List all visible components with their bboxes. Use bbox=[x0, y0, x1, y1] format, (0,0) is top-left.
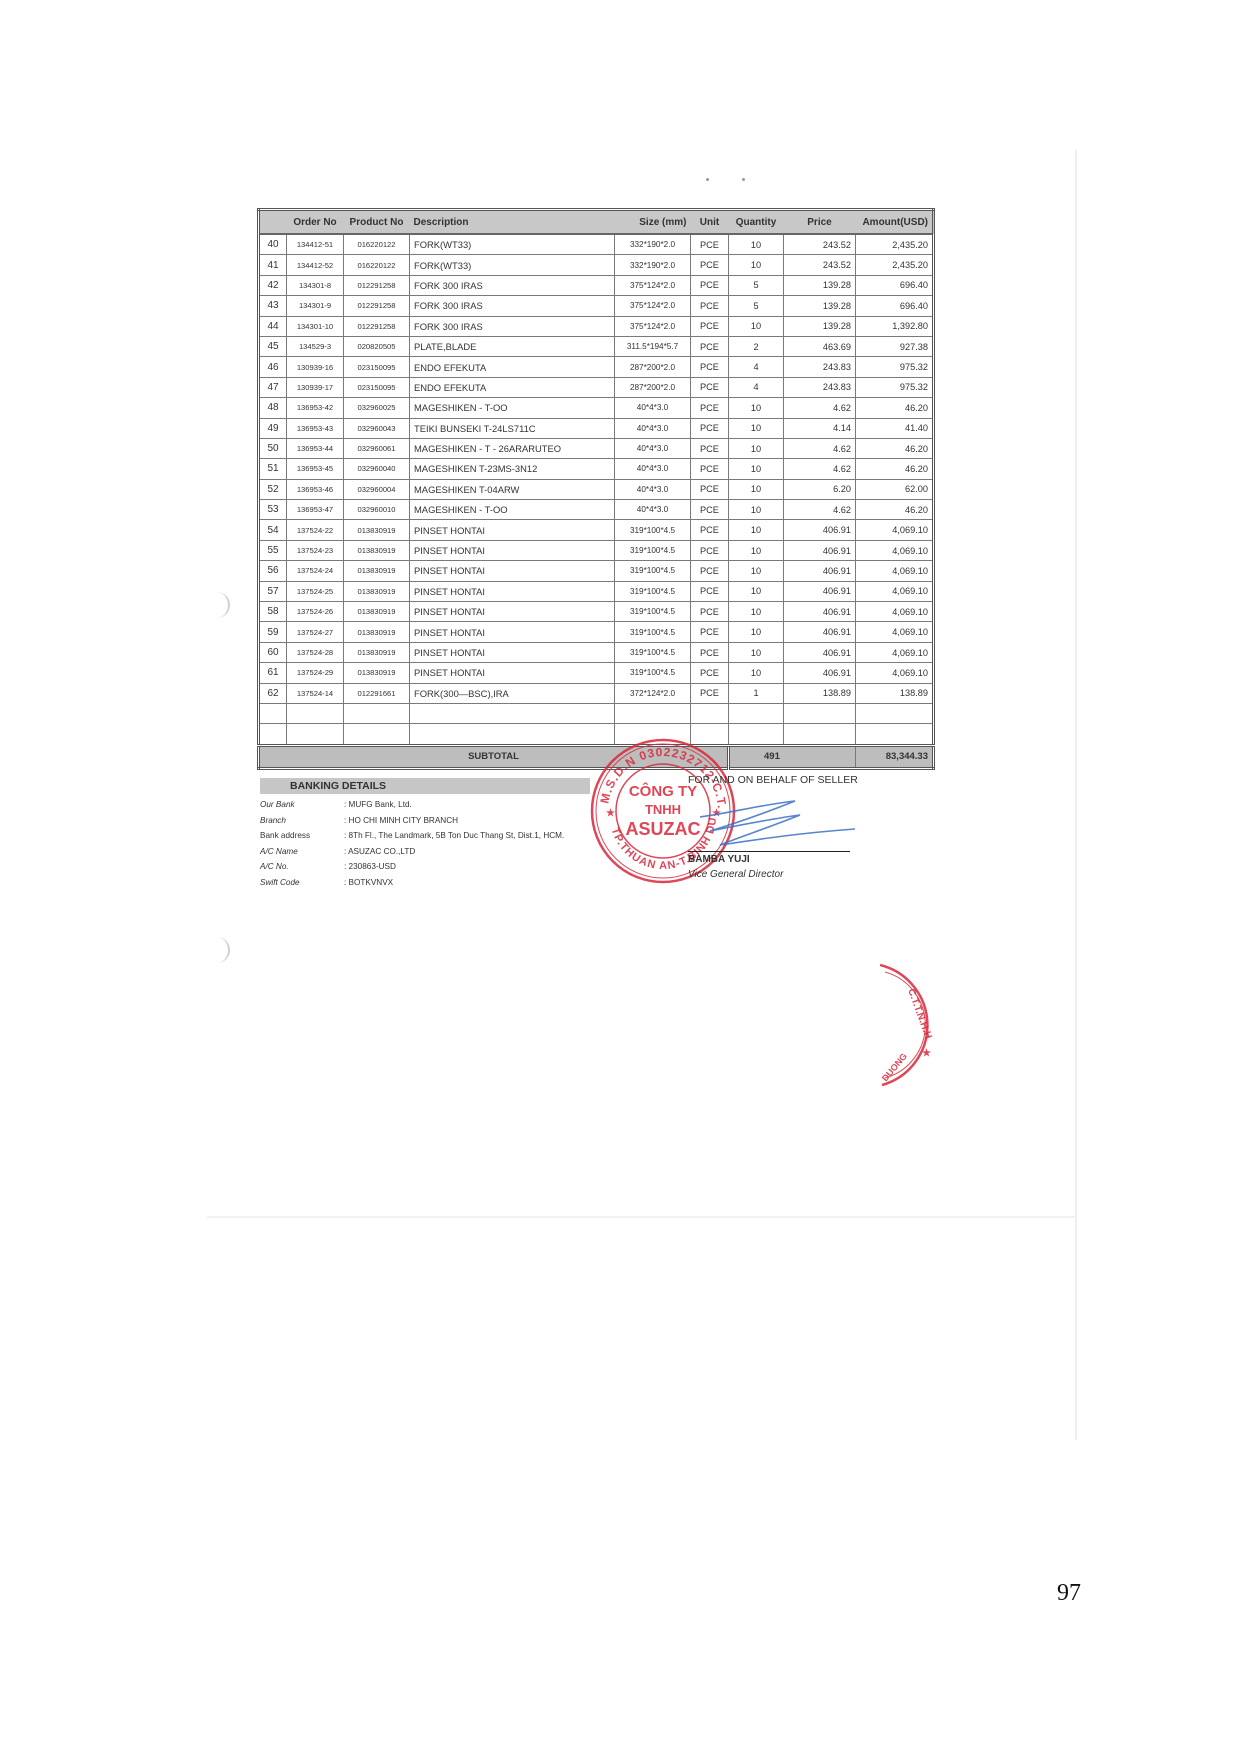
cell-size: 319*100*4.5 bbox=[615, 581, 691, 601]
cell-description: ENDO EFEKUTA bbox=[410, 357, 615, 377]
cell-quantity: 10 bbox=[729, 398, 784, 418]
empty-cell bbox=[784, 703, 856, 723]
banking-label: A/C Name bbox=[260, 844, 344, 860]
cell-description: TEIKI BUNSEKI T-24LS711C bbox=[410, 418, 615, 438]
cell-product-no: 032960061 bbox=[344, 438, 410, 458]
cell-description: MAGESHIKEN T-04ARW bbox=[410, 479, 615, 499]
cell-no: 61 bbox=[259, 663, 287, 683]
cell-no: 44 bbox=[259, 316, 287, 336]
cell-price: 406.91 bbox=[784, 520, 856, 540]
table-row: 62137524-14012291661FORK(300—BSC),IRA372… bbox=[259, 683, 934, 703]
cell-no: 49 bbox=[259, 418, 287, 438]
cell-product-no: 012291661 bbox=[344, 683, 410, 703]
cell-product-no: 032960004 bbox=[344, 479, 410, 499]
cell-no: 50 bbox=[259, 438, 287, 458]
cell-unit: PCE bbox=[691, 296, 729, 316]
subtotal-quantity: 491 bbox=[729, 745, 856, 768]
cell-quantity: 10 bbox=[729, 500, 784, 520]
banking-value: : BOTKVNVX bbox=[344, 875, 590, 891]
cell-order-no: 137524-23 bbox=[287, 540, 344, 560]
table-row: 58137524-26013830919PINSET HONTAI319*100… bbox=[259, 602, 934, 622]
cell-unit: PCE bbox=[691, 459, 729, 479]
signature-block: FOR AND ON BEHALF OF SELLER bbox=[688, 774, 888, 786]
cell-no: 53 bbox=[259, 500, 287, 520]
cell-quantity: 10 bbox=[729, 581, 784, 601]
cell-order-no: 137524-28 bbox=[287, 642, 344, 662]
scan-speck bbox=[706, 178, 709, 181]
cell-product-no: 013830919 bbox=[344, 622, 410, 642]
cell-unit: PCE bbox=[691, 316, 729, 336]
cell-price: 406.91 bbox=[784, 581, 856, 601]
cell-order-no: 136953-44 bbox=[287, 438, 344, 458]
col-header-no bbox=[259, 210, 287, 235]
col-header-description: Description bbox=[410, 210, 615, 235]
signature-heading: FOR AND ON BEHALF OF SELLER bbox=[688, 774, 888, 786]
cell-description: PINSET HONTAI bbox=[410, 520, 615, 540]
cell-description: FORK(300—BSC),IRA bbox=[410, 683, 615, 703]
banking-row: Our Bank: MUFG Bank, Ltd. bbox=[260, 797, 590, 813]
cell-product-no: 012291258 bbox=[344, 275, 410, 295]
cell-size: 40*4*3.0 bbox=[615, 438, 691, 458]
cell-unit: PCE bbox=[691, 479, 729, 499]
cell-size: 319*100*4.5 bbox=[615, 520, 691, 540]
cell-price: 406.91 bbox=[784, 602, 856, 622]
subtotal-amount: 83,344.33 bbox=[856, 745, 934, 768]
cell-no: 60 bbox=[259, 642, 287, 662]
cell-unit: PCE bbox=[691, 438, 729, 458]
empty-cell bbox=[344, 703, 410, 723]
cell-price: 406.91 bbox=[784, 642, 856, 662]
cell-description: PINSET HONTAI bbox=[410, 663, 615, 683]
cell-price: 6.20 bbox=[784, 479, 856, 499]
cell-amount: 696.40 bbox=[856, 275, 934, 295]
table-row: 42134301-8012291258FORK 300 IRAS375*124*… bbox=[259, 275, 934, 295]
cell-price: 4.14 bbox=[784, 418, 856, 438]
cell-unit: PCE bbox=[691, 357, 729, 377]
cell-quantity: 10 bbox=[729, 642, 784, 662]
cell-product-no: 032960010 bbox=[344, 500, 410, 520]
cell-product-no: 012291258 bbox=[344, 296, 410, 316]
banking-value: : 230863-USD bbox=[344, 859, 590, 875]
invoice-line-items-table: Order No Product No Description Size (mm… bbox=[257, 208, 935, 770]
cell-no: 41 bbox=[259, 255, 287, 275]
cell-price: 138.89 bbox=[784, 683, 856, 703]
cell-size: 40*4*3.0 bbox=[615, 398, 691, 418]
cell-no: 52 bbox=[259, 479, 287, 499]
cell-size: 319*100*4.5 bbox=[615, 622, 691, 642]
cell-quantity: 10 bbox=[729, 418, 784, 438]
cell-quantity: 10 bbox=[729, 622, 784, 642]
cell-description: PINSET HONTAI bbox=[410, 561, 615, 581]
table-row: 51136953-45032960040MAGESHIKEN T-23MS-3N… bbox=[259, 459, 934, 479]
stamp-line-1: CÔNG TY bbox=[629, 782, 697, 800]
table-header-row: Order No Product No Description Size (mm… bbox=[259, 210, 934, 235]
cell-order-no: 137524-25 bbox=[287, 581, 344, 601]
signatory-name: BAMBA YUJI bbox=[688, 854, 750, 865]
cell-size: 375*124*2.0 bbox=[615, 316, 691, 336]
empty-table-row bbox=[259, 703, 934, 723]
table-row: 45134529-3020820505PLATE,BLADE311.5*194*… bbox=[259, 336, 934, 356]
table-row: 49136953-43032960043TEIKI BUNSEKI T-24LS… bbox=[259, 418, 934, 438]
table-row: 52136953-46032960004MAGESHIKEN T-04ARW40… bbox=[259, 479, 934, 499]
cell-price: 243.52 bbox=[784, 234, 856, 255]
cell-amount: 41.40 bbox=[856, 418, 934, 438]
cell-description: PINSET HONTAI bbox=[410, 602, 615, 622]
cell-unit: PCE bbox=[691, 683, 729, 703]
cell-unit: PCE bbox=[691, 642, 729, 662]
cell-order-no: 136953-47 bbox=[287, 500, 344, 520]
signature-line bbox=[688, 851, 850, 852]
partial-stamp-bottom-text: DUONG bbox=[880, 1051, 909, 1083]
cell-size: 287*200*2.0 bbox=[615, 377, 691, 397]
cell-size: 319*100*4.5 bbox=[615, 540, 691, 560]
cell-unit: PCE bbox=[691, 275, 729, 295]
cell-amount: 1,392.80 bbox=[856, 316, 934, 336]
cell-unit: PCE bbox=[691, 255, 729, 275]
cell-product-no: 023150095 bbox=[344, 377, 410, 397]
cell-no: 55 bbox=[259, 540, 287, 560]
cell-amount: 4,069.10 bbox=[856, 622, 934, 642]
col-header-price: Price bbox=[784, 210, 856, 235]
banking-row: Branch: HO CHI MINH CITY BRANCH bbox=[260, 813, 590, 829]
cell-no: 54 bbox=[259, 520, 287, 540]
cell-order-no: 136953-45 bbox=[287, 459, 344, 479]
cell-product-no: 020820505 bbox=[344, 336, 410, 356]
cell-no: 40 bbox=[259, 234, 287, 255]
empty-cell bbox=[410, 724, 615, 745]
cell-quantity: 10 bbox=[729, 663, 784, 683]
banking-label: A/C No. bbox=[260, 859, 344, 875]
cell-order-no: 137524-27 bbox=[287, 622, 344, 642]
cell-quantity: 4 bbox=[729, 377, 784, 397]
table-row: 53136953-47032960010MAGESHIKEN - T-OO40*… bbox=[259, 500, 934, 520]
table-row: 40134412-51016220122FORK(WT33)332*190*2.… bbox=[259, 234, 934, 255]
banking-row: Swift Code: BOTKVNVX bbox=[260, 875, 590, 891]
cell-unit: PCE bbox=[691, 398, 729, 418]
cell-order-no: 134412-51 bbox=[287, 234, 344, 255]
cell-amount: 46.20 bbox=[856, 500, 934, 520]
cell-description: PINSET HONTAI bbox=[410, 642, 615, 662]
cell-order-no: 134412-52 bbox=[287, 255, 344, 275]
cell-order-no: 134301-9 bbox=[287, 296, 344, 316]
cell-price: 406.91 bbox=[784, 540, 856, 560]
cell-price: 406.91 bbox=[784, 663, 856, 683]
cell-amount: 138.89 bbox=[856, 683, 934, 703]
partial-seal-stamp: C.T.T.N.H.H DUONG ★ bbox=[880, 960, 960, 1090]
sheet-fold-line bbox=[207, 1216, 1077, 1218]
cell-size: 319*100*4.5 bbox=[615, 663, 691, 683]
table-row: 60137524-28013830919PINSET HONTAI319*100… bbox=[259, 642, 934, 662]
cell-order-no: 137524-22 bbox=[287, 520, 344, 540]
cell-order-no: 134529-3 bbox=[287, 336, 344, 356]
cell-unit: PCE bbox=[691, 500, 729, 520]
cell-quantity: 10 bbox=[729, 234, 784, 255]
cell-no: 48 bbox=[259, 398, 287, 418]
cell-price: 243.83 bbox=[784, 377, 856, 397]
cell-product-no: 013830919 bbox=[344, 561, 410, 581]
cell-amount: 4,069.10 bbox=[856, 520, 934, 540]
cell-size: 332*190*2.0 bbox=[615, 255, 691, 275]
empty-cell bbox=[287, 703, 344, 723]
cell-product-no: 016220122 bbox=[344, 255, 410, 275]
empty-cell bbox=[856, 724, 934, 745]
cell-amount: 696.40 bbox=[856, 296, 934, 316]
cell-amount: 46.20 bbox=[856, 398, 934, 418]
cell-order-no: 136953-42 bbox=[287, 398, 344, 418]
cell-description: MAGESHIKEN T-23MS-3N12 bbox=[410, 459, 615, 479]
table-body: 40134412-51016220122FORK(WT33)332*190*2.… bbox=[259, 234, 934, 768]
partial-stamp-ring-text: C.T.T.N.H.H bbox=[905, 987, 933, 1040]
cell-no: 45 bbox=[259, 336, 287, 356]
cell-no: 56 bbox=[259, 561, 287, 581]
cell-description: MAGESHIKEN - T-OO bbox=[410, 398, 615, 418]
cell-quantity: 5 bbox=[729, 275, 784, 295]
empty-cell bbox=[615, 703, 691, 723]
cell-description: FORK 300 IRAS bbox=[410, 275, 615, 295]
cell-order-no: 137524-29 bbox=[287, 663, 344, 683]
cell-no: 51 bbox=[259, 459, 287, 479]
cell-quantity: 10 bbox=[729, 602, 784, 622]
cell-price: 139.28 bbox=[784, 275, 856, 295]
cell-product-no: 013830919 bbox=[344, 663, 410, 683]
banking-details-title: BANKING DETAILS bbox=[260, 778, 590, 794]
cell-quantity: 10 bbox=[729, 540, 784, 560]
cell-unit: PCE bbox=[691, 377, 729, 397]
star-icon: ★ bbox=[606, 808, 615, 819]
empty-cell bbox=[259, 703, 287, 723]
banking-label: Swift Code bbox=[260, 875, 344, 891]
cell-product-no: 032960025 bbox=[344, 398, 410, 418]
cell-product-no: 013830919 bbox=[344, 602, 410, 622]
cell-no: 46 bbox=[259, 357, 287, 377]
cell-description: FORK 300 IRAS bbox=[410, 296, 615, 316]
cell-amount: 927.38 bbox=[856, 336, 934, 356]
cell-product-no: 032960040 bbox=[344, 459, 410, 479]
cell-unit: PCE bbox=[691, 540, 729, 560]
table-row: 47130939-17023150095ENDO EFEKUTA287*200*… bbox=[259, 377, 934, 397]
cell-order-no: 136953-43 bbox=[287, 418, 344, 438]
cell-amount: 4,069.10 bbox=[856, 642, 934, 662]
table-row: 50136953-44032960061MAGESHIKEN - T - 26A… bbox=[259, 438, 934, 458]
handwritten-signature bbox=[690, 795, 870, 855]
cell-order-no: 136953-46 bbox=[287, 479, 344, 499]
cell-no: 58 bbox=[259, 602, 287, 622]
cell-price: 139.28 bbox=[784, 316, 856, 336]
banking-value: : ASUZAC CO.,LTD bbox=[344, 844, 590, 860]
banking-label: Bank address bbox=[260, 828, 344, 844]
cell-price: 4.62 bbox=[784, 438, 856, 458]
cell-description: PINSET HONTAI bbox=[410, 581, 615, 601]
col-header-order-no: Order No bbox=[287, 210, 344, 235]
cell-order-no: 130939-17 bbox=[287, 377, 344, 397]
cell-product-no: 013830919 bbox=[344, 581, 410, 601]
cell-amount: 975.32 bbox=[856, 377, 934, 397]
cell-size: 319*100*4.5 bbox=[615, 602, 691, 622]
cell-size: 311.5*194*5.7 bbox=[615, 336, 691, 356]
cell-amount: 2,435.20 bbox=[856, 255, 934, 275]
cell-order-no: 134301-10 bbox=[287, 316, 344, 336]
cell-amount: 4,069.10 bbox=[856, 663, 934, 683]
cell-no: 43 bbox=[259, 296, 287, 316]
cell-quantity: 4 bbox=[729, 357, 784, 377]
table-row: 44134301-10012291258FORK 300 IRAS375*124… bbox=[259, 316, 934, 336]
cell-price: 243.52 bbox=[784, 255, 856, 275]
cell-unit: PCE bbox=[691, 520, 729, 540]
cell-size: 332*190*2.0 bbox=[615, 234, 691, 255]
banking-row: Bank address: 8Th Fl., The Landmark, 5B … bbox=[260, 828, 590, 844]
cell-no: 62 bbox=[259, 683, 287, 703]
cell-unit: PCE bbox=[691, 581, 729, 601]
cell-description: PINSET HONTAI bbox=[410, 540, 615, 560]
cell-description: FORK 300 IRAS bbox=[410, 316, 615, 336]
col-header-product-no: Product No bbox=[344, 210, 410, 235]
cell-unit: PCE bbox=[691, 561, 729, 581]
cell-order-no: 137524-24 bbox=[287, 561, 344, 581]
col-header-unit: Unit bbox=[691, 210, 729, 235]
cell-quantity: 2 bbox=[729, 336, 784, 356]
cell-amount: 4,069.10 bbox=[856, 581, 934, 601]
cell-order-no: 134301-8 bbox=[287, 275, 344, 295]
empty-cell bbox=[344, 724, 410, 745]
table-row: 43134301-9012291258FORK 300 IRAS375*124*… bbox=[259, 296, 934, 316]
empty-cell bbox=[784, 724, 856, 745]
cell-quantity: 5 bbox=[729, 296, 784, 316]
cell-size: 375*124*2.0 bbox=[615, 275, 691, 295]
cell-no: 59 bbox=[259, 622, 287, 642]
banking-label: Branch bbox=[260, 813, 344, 829]
banking-value: : HO CHI MINH CITY BRANCH bbox=[344, 813, 590, 829]
cell-size: 40*4*3.0 bbox=[615, 418, 691, 438]
table-row: 55137524-23013830919PINSET HONTAI319*100… bbox=[259, 540, 934, 560]
cell-unit: PCE bbox=[691, 234, 729, 255]
table-row: 48136953-42032960025MAGESHIKEN - T-OO40*… bbox=[259, 398, 934, 418]
cell-quantity: 10 bbox=[729, 316, 784, 336]
cell-quantity: 1 bbox=[729, 683, 784, 703]
cell-amount: 46.20 bbox=[856, 459, 934, 479]
cell-description: MAGESHIKEN - T-OO bbox=[410, 500, 615, 520]
cell-description: PINSET HONTAI bbox=[410, 622, 615, 642]
col-header-amount: Amount(USD) bbox=[856, 210, 934, 235]
banking-row: A/C No.: 230863-USD bbox=[260, 859, 590, 875]
cell-no: 47 bbox=[259, 377, 287, 397]
cell-product-no: 016220122 bbox=[344, 234, 410, 255]
cell-amount: 46.20 bbox=[856, 438, 934, 458]
cell-amount: 4,069.10 bbox=[856, 561, 934, 581]
cell-product-no: 013830919 bbox=[344, 520, 410, 540]
table-row: 57137524-25013830919PINSET HONTAI319*100… bbox=[259, 581, 934, 601]
page-number: 97 bbox=[1057, 1580, 1081, 1607]
cell-size: 319*100*4.5 bbox=[615, 642, 691, 662]
banking-value: : 8Th Fl., The Landmark, 5B Ton Duc Than… bbox=[344, 828, 590, 844]
cell-quantity: 10 bbox=[729, 520, 784, 540]
cell-product-no: 023150095 bbox=[344, 357, 410, 377]
empty-cell bbox=[259, 724, 287, 745]
cell-price: 139.28 bbox=[784, 296, 856, 316]
cell-quantity: 10 bbox=[729, 561, 784, 581]
cell-size: 372*124*2.0 bbox=[615, 683, 691, 703]
cell-no: 57 bbox=[259, 581, 287, 601]
banking-rows: Our Bank: MUFG Bank, Ltd.Branch: HO CHI … bbox=[260, 797, 590, 891]
cell-size: 287*200*2.0 bbox=[615, 357, 691, 377]
cell-order-no: 137524-14 bbox=[287, 683, 344, 703]
table-row: 41134412-52016220122FORK(WT33)332*190*2.… bbox=[259, 255, 934, 275]
cell-unit: PCE bbox=[691, 336, 729, 356]
cell-product-no: 013830919 bbox=[344, 540, 410, 560]
cell-unit: PCE bbox=[691, 602, 729, 622]
cell-price: 406.91 bbox=[784, 561, 856, 581]
cell-description: FORK(WT33) bbox=[410, 255, 615, 275]
cell-description: FORK(WT33) bbox=[410, 234, 615, 255]
table-row: 46130939-16023150095ENDO EFEKUTA287*200*… bbox=[259, 357, 934, 377]
banking-label: Our Bank bbox=[260, 797, 344, 813]
cell-size: 319*100*4.5 bbox=[615, 561, 691, 581]
punch-hole bbox=[214, 937, 230, 963]
cell-amount: 4,069.10 bbox=[856, 602, 934, 622]
cell-unit: PCE bbox=[691, 418, 729, 438]
punch-hole bbox=[214, 592, 230, 618]
cell-quantity: 10 bbox=[729, 459, 784, 479]
stamp-line-2: TNHH bbox=[645, 802, 681, 817]
cell-quantity: 10 bbox=[729, 255, 784, 275]
cell-description: ENDO EFEKUTA bbox=[410, 377, 615, 397]
scan-speck bbox=[742, 178, 745, 181]
cell-price: 243.83 bbox=[784, 357, 856, 377]
cell-product-no: 032960043 bbox=[344, 418, 410, 438]
cell-amount: 975.32 bbox=[856, 357, 934, 377]
table-row: 56137524-24013830919PINSET HONTAI319*100… bbox=[259, 561, 934, 581]
table-row: 59137524-27013830919PINSET HONTAI319*100… bbox=[259, 622, 934, 642]
cell-amount: 62.00 bbox=[856, 479, 934, 499]
cell-size: 40*4*3.0 bbox=[615, 459, 691, 479]
cell-size: 40*4*3.0 bbox=[615, 479, 691, 499]
cell-price: 406.91 bbox=[784, 622, 856, 642]
empty-cell bbox=[856, 703, 934, 723]
sheet-edge bbox=[1075, 150, 1077, 1440]
cell-quantity: 10 bbox=[729, 479, 784, 499]
cell-product-no: 012291258 bbox=[344, 316, 410, 336]
empty-cell bbox=[287, 724, 344, 745]
cell-price: 4.62 bbox=[784, 500, 856, 520]
cell-description: PLATE,BLADE bbox=[410, 336, 615, 356]
cell-size: 375*124*2.0 bbox=[615, 296, 691, 316]
banking-details: BANKING DETAILS Our Bank: MUFG Bank, Ltd… bbox=[260, 778, 590, 891]
cell-unit: PCE bbox=[691, 663, 729, 683]
signatory-title: Vice General Director bbox=[688, 869, 783, 880]
cell-amount: 2,435.20 bbox=[856, 234, 934, 255]
star-icon: ★ bbox=[922, 1048, 931, 1059]
banking-row: A/C Name: ASUZAC CO.,LTD bbox=[260, 844, 590, 860]
col-header-size: Size (mm) bbox=[615, 210, 691, 235]
banking-value: : MUFG Bank, Ltd. bbox=[344, 797, 590, 813]
cell-order-no: 130939-16 bbox=[287, 357, 344, 377]
cell-price: 463.69 bbox=[784, 336, 856, 356]
col-header-quantity: Quantity bbox=[729, 210, 784, 235]
cell-amount: 4,069.10 bbox=[856, 540, 934, 560]
table-row: 61137524-29013830919PINSET HONTAI319*100… bbox=[259, 663, 934, 683]
cell-size: 40*4*3.0 bbox=[615, 500, 691, 520]
cell-quantity: 10 bbox=[729, 438, 784, 458]
cell-product-no: 013830919 bbox=[344, 642, 410, 662]
cell-order-no: 137524-26 bbox=[287, 602, 344, 622]
cell-no: 42 bbox=[259, 275, 287, 295]
empty-cell bbox=[691, 703, 729, 723]
cell-description: MAGESHIKEN - T - 26ARARUTEO bbox=[410, 438, 615, 458]
table-row: 54137524-22013830919PINSET HONTAI319*100… bbox=[259, 520, 934, 540]
cell-unit: PCE bbox=[691, 622, 729, 642]
empty-cell bbox=[410, 703, 615, 723]
empty-cell bbox=[729, 703, 784, 723]
cell-price: 4.62 bbox=[784, 398, 856, 418]
